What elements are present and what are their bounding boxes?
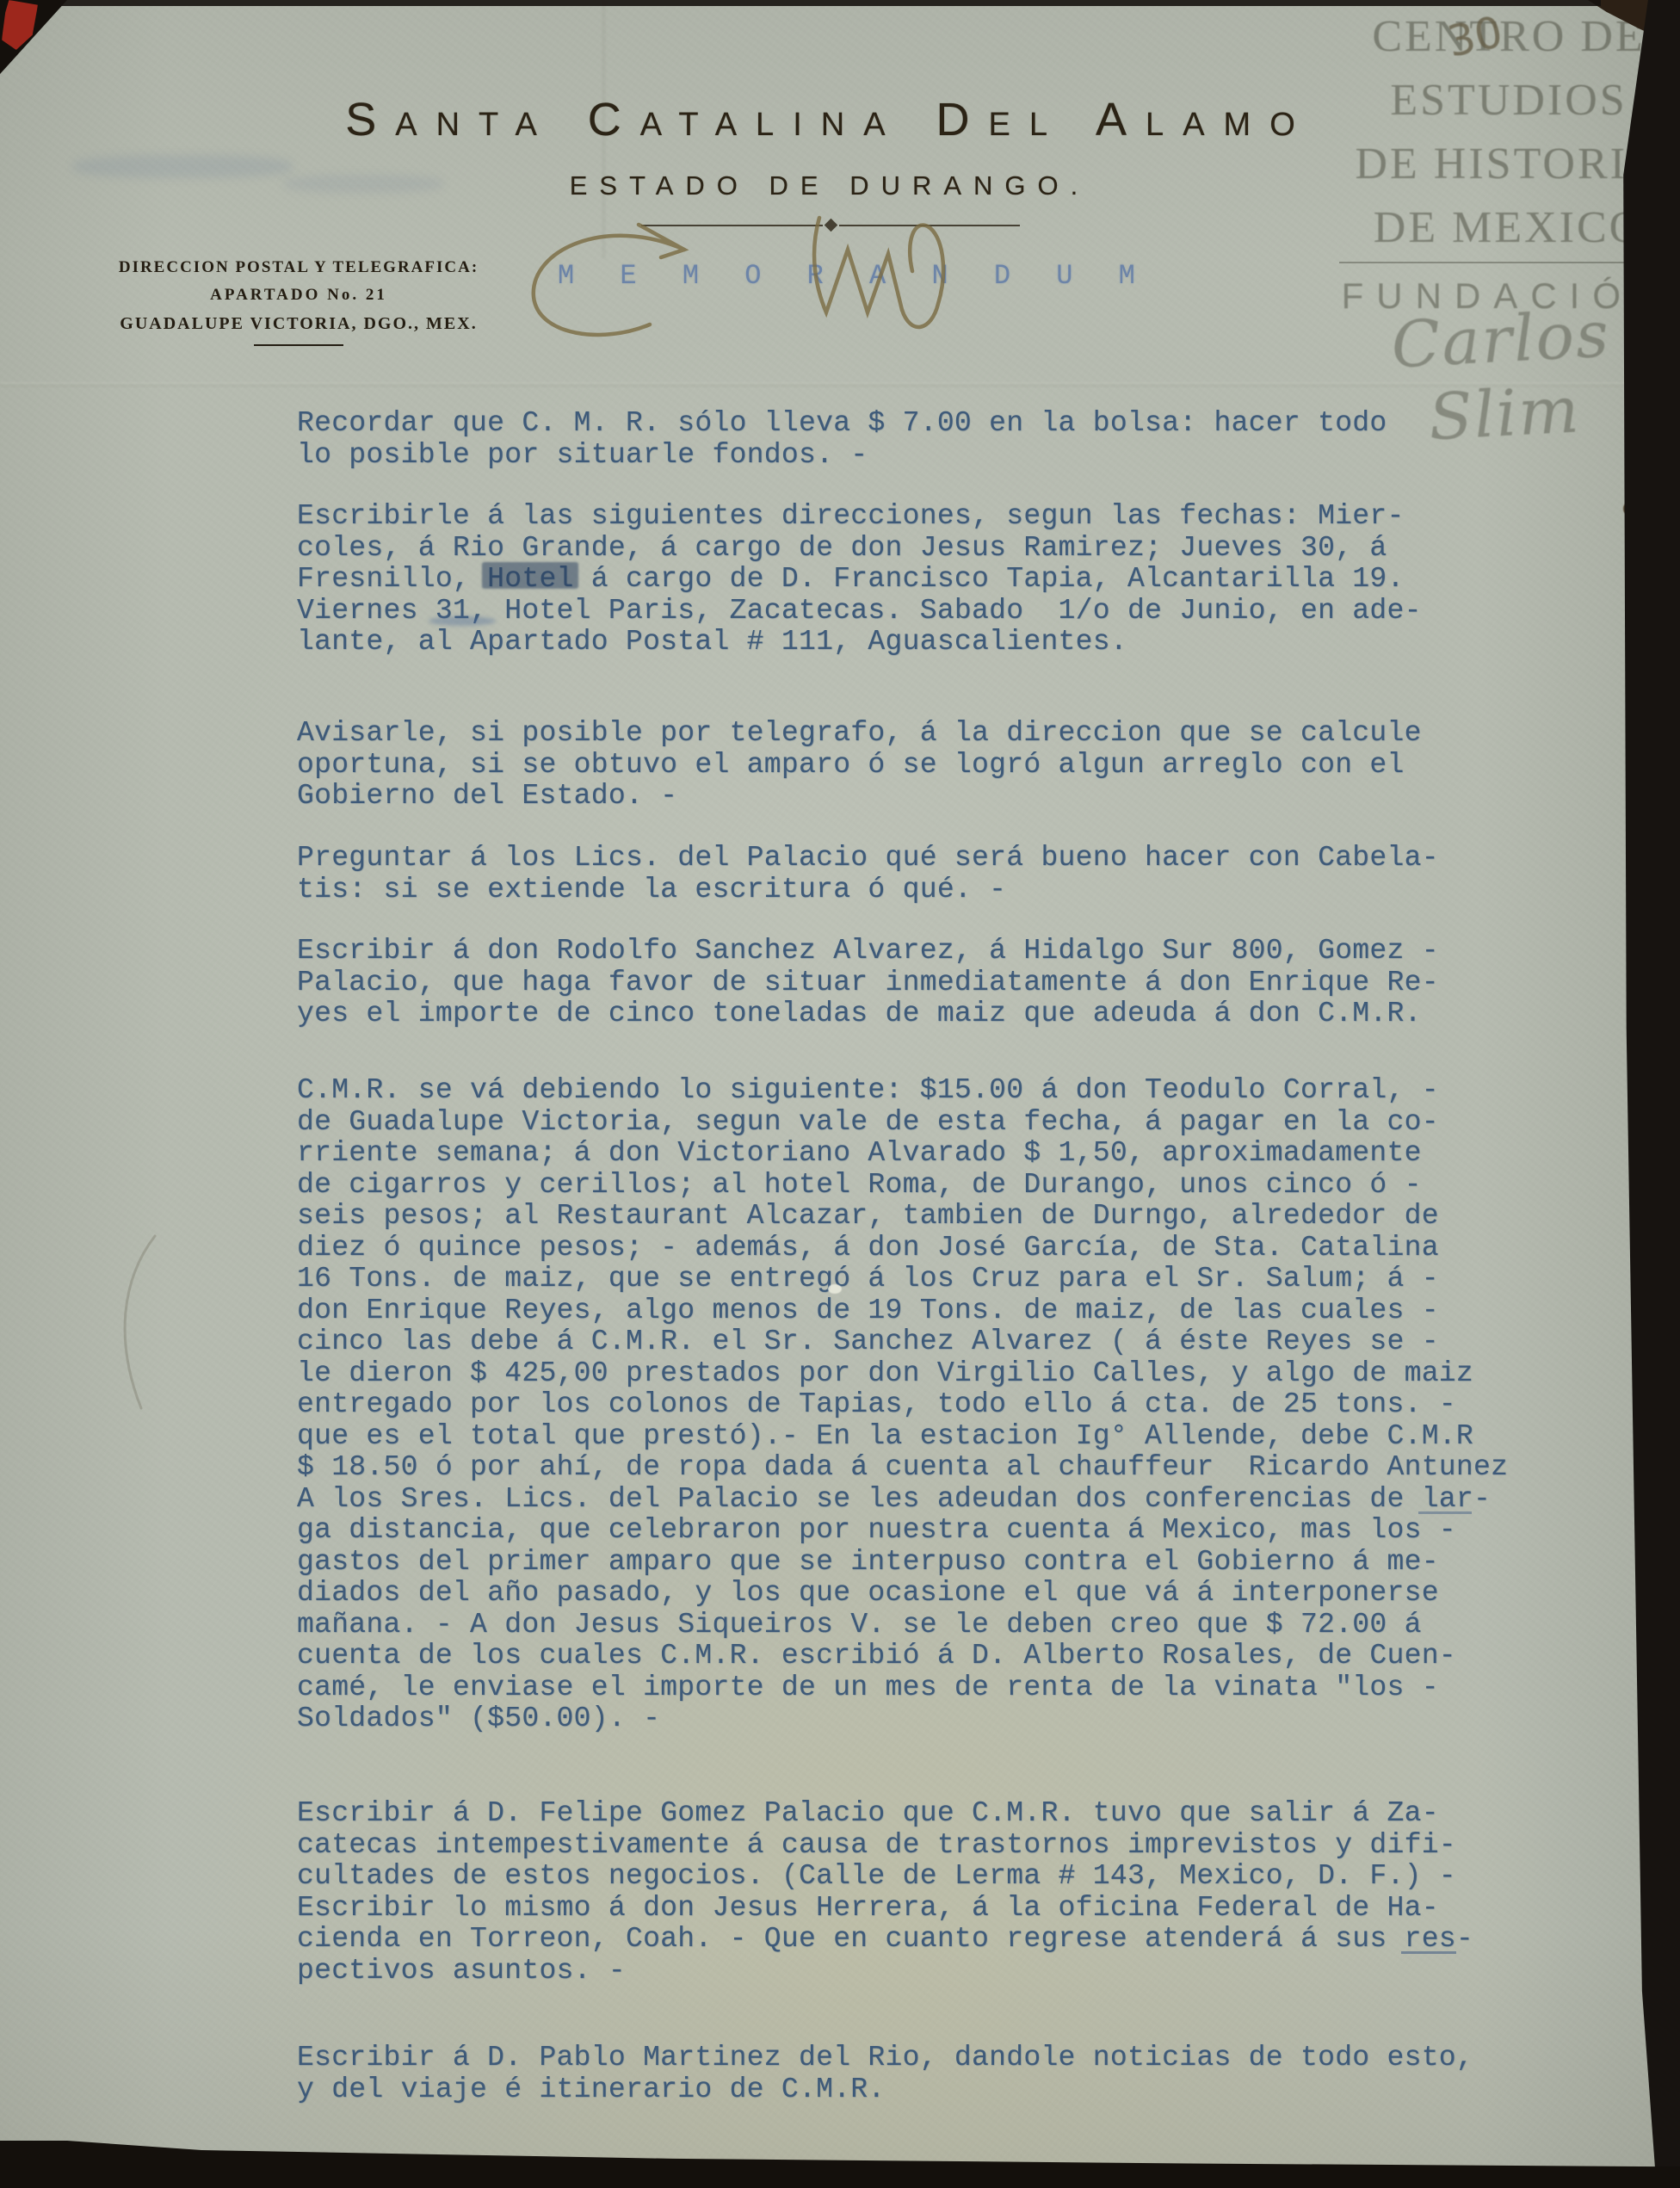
scanned-memorandum-page: CENTRO DE ESTUDIOS DE HISTORIA DE MEXICO… — [0, 0, 1680, 2188]
typed-line: cultades de estos negocios. (Calle de Le… — [297, 1861, 1571, 1893]
photo-edge-top — [60, 0, 1601, 6]
typed-line: lo posible por situarle fondos. - — [297, 440, 1571, 472]
typed-line: camé, le enviase el importe de un mes de… — [297, 1672, 1571, 1704]
typed-line: tis: si se extiende la escritura ó qué. … — [297, 875, 1571, 906]
typed-line: Avisarle, si posible por telegrafo, á la… — [297, 718, 1571, 750]
typed-line: catecas intempestivamente á causa de tra… — [297, 1830, 1571, 1862]
typed-line: coles, á Rio Grande, á cargo de don Jesu… — [297, 533, 1571, 565]
typed-line: seis pesos; al Restaurant Alcazar, tambi… — [297, 1201, 1571, 1233]
typed-line: Escribirle á las siguientes direcciones,… — [297, 501, 1571, 533]
typed-line: $ 18.50 ó por ahí, de ropa dada á cuenta… — [297, 1452, 1571, 1484]
address-line: APARTADO No. 21 — [96, 286, 501, 305]
underline-mark — [1418, 1511, 1472, 1514]
letterhead-title: Santa Catalina Del Alamo — [0, 93, 1680, 146]
typed-line: 16 Tons. de maiz, que se entregó á los C… — [297, 1264, 1571, 1295]
typed-line: rriente semana; á don Victoriano Alvarad… — [297, 1138, 1571, 1170]
typed-line: diados del año pasado, y los que ocasion… — [297, 1578, 1571, 1610]
typed-line: de Guadalupe Victoria, segun vale de est… — [297, 1107, 1571, 1139]
typed-line: Escribir á D. Felipe Gomez Palacio que C… — [297, 1798, 1571, 1830]
paragraph-telegraph: Avisarle, si posible por telegrafo, á la… — [297, 718, 1571, 813]
typed-line: C.M.R. se vá debiendo lo siguiente: $15.… — [297, 1075, 1571, 1107]
typed-line: cienda en Torreon, Coah. - Que en cuanto… — [297, 1924, 1571, 1956]
paragraph-lawyers: Preguntar á los Lics. del Palacio qué se… — [297, 843, 1571, 905]
typed-line: cinco las debe á C.M.R. el Sr. Sanchez A… — [297, 1326, 1571, 1358]
typed-line: entregado por los colonos de Tapias, tod… — [297, 1389, 1571, 1421]
typed-line: diez ó quince pesos; - además, á don Jos… — [297, 1233, 1571, 1264]
ink-strikeout — [482, 562, 578, 589]
typed-line: don Enrique Reyes, algo menos de 19 Tons… — [297, 1295, 1571, 1327]
handwritten-scribble — [508, 202, 990, 357]
ink-smudge — [429, 616, 496, 626]
typed-line: Preguntar á los Lics. del Palacio qué se… — [297, 843, 1571, 875]
typed-line: yes el importe de cinco toneladas de mai… — [297, 998, 1571, 1030]
typed-line: lante, al Apartado Postal # 111, Aguasca… — [297, 627, 1571, 658]
paragraph-funds: Recordar que C. M. R. sólo lleva $ 7.00 … — [297, 408, 1571, 471]
typed-line: Escribir lo mismo á don Jesus Herrera, á… — [297, 1893, 1571, 1925]
address-line: GUADALUPE VICTORIA, DGO., MEX. — [96, 314, 501, 334]
typed-line: Palacio, que haga favor de situar inmedi… — [297, 967, 1571, 999]
address-line: DIRECCION POSTAL Y TELEGRAFICA: — [96, 258, 501, 277]
typed-line: le dieron $ 425,00 prestados por don Vir… — [297, 1358, 1571, 1390]
typed-line: pectivos asuntos. - — [297, 1956, 1571, 1987]
typed-line: cuenta de los cuales C.M.R. escribió á D… — [297, 1641, 1571, 1672]
paper-fleck — [828, 1284, 842, 1294]
typed-line: que es el total que prestó).- En la esta… — [297, 1421, 1571, 1453]
postal-address-block: DIRECCION POSTAL Y TELEGRAFICA: APARTADO… — [96, 258, 501, 346]
paragraph-martinez: Escribir á D. Pablo Martinez del Rio, da… — [297, 2043, 1571, 2105]
typed-line: Gobierno del Estado. - — [297, 781, 1571, 813]
letterhead-subtitle: ESTADO DE DURANGO. — [0, 170, 1680, 201]
paragraph-sanchez: Escribir á don Rodolfo Sanchez Alvarez, … — [297, 936, 1571, 1030]
typed-line: mañana. - A don Jesus Siqueiros V. se le… — [297, 1610, 1571, 1641]
typed-line: Soldados" ($50.00). - — [297, 1703, 1571, 1735]
typed-line: gastos del primer amparo que se interpus… — [297, 1547, 1571, 1579]
typed-line: de cigarros y cerillos; al hotel Roma, d… — [297, 1170, 1571, 1202]
typed-line: Escribir á don Rodolfo Sanchez Alvarez, … — [297, 936, 1571, 967]
typed-line: A los Sres. Lics. del Palacio se les ade… — [297, 1484, 1571, 1516]
typed-line: Escribir á D. Pablo Martinez del Rio, da… — [297, 2043, 1571, 2074]
typed-line: oportuna, si se obtuvo el amparo ó se lo… — [297, 750, 1571, 782]
paragraph-gomez: Escribir á D. Felipe Gomez Palacio que C… — [297, 1798, 1571, 1987]
paragraph-debts: C.M.R. se vá debiendo lo siguiente: $15.… — [297, 1075, 1571, 1735]
typed-line: ga distancia, que celebraron por nuestra… — [297, 1515, 1571, 1547]
typed-line: y del viaje é itinerario de C.M.R. — [297, 2074, 1571, 2106]
typed-line: Recordar que C. M. R. sólo lleva $ 7.00 … — [297, 408, 1571, 440]
address-underline — [254, 344, 343, 346]
underline-mark — [1401, 1951, 1456, 1954]
pencil-curve — [102, 1229, 179, 1418]
